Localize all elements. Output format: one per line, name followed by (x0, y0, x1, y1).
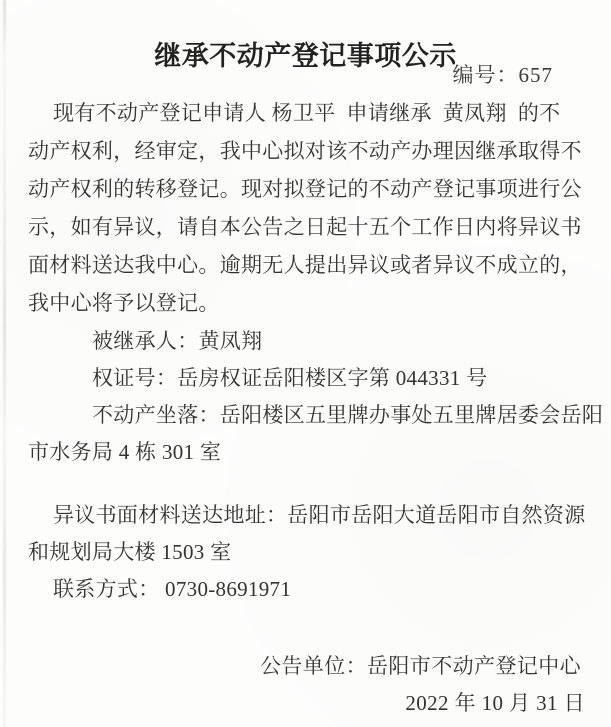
document-footer: 公告单位：岳阳市不动产登记中心 2022 年 10 月 31 日 (260, 648, 581, 722)
paragraph-line: 动产权利，经审定，我中心拟对该不动产办理因继承取得不 (28, 132, 589, 170)
paragraph-line: 我中心将予以登记。 (28, 284, 589, 322)
paragraph-line: 示，如有异议，请自本公告之日起十五个工作日内将异议书 (28, 208, 589, 246)
property-location-line: 市水务局 4 栋 301 室 (28, 434, 589, 471)
issuing-authority: 公告单位：岳阳市不动产登记中心 (260, 648, 581, 685)
document-number: 编号：657 (453, 59, 554, 89)
property-details: 被继承人：黄凤翔 权证号：岳房权证岳阳楼区字第 044331 号 不动产坐落：岳… (28, 323, 589, 471)
scan-crease-artifact (3, 0, 6, 727)
paragraph-line: 现有不动产登记申请人 杨卫平 申请继承 黄凤翔 的不 (28, 94, 589, 132)
scanned-notice-document: 继承不动产登记事项公示 编号：657 现有不动产登记申请人 杨卫平 申请继承 黄… (0, 0, 611, 727)
decedent-line: 被继承人：黄凤翔 (28, 323, 589, 360)
objection-info: 异议书面材料送达地址：岳阳市岳阳大道岳阳市自然资源 和规划局大楼 1503 室 … (28, 497, 589, 608)
issue-date: 2022 年 10 月 31 日 (260, 685, 585, 722)
main-paragraph: 现有不动产登记申请人 杨卫平 申请继承 黄凤翔 的不 动产权利，经审定，我中心拟… (28, 94, 589, 322)
objection-address-line: 异议书面材料送达地址：岳阳市岳阳大道岳阳市自然资源 (28, 497, 589, 534)
paragraph-line: 面材料送达我中心。逾期无人提出异议或者异议不成立的， (28, 246, 589, 284)
contact-phone-line: 联系方式： 0730-8691971 (28, 571, 589, 608)
property-location-line: 不动产坐落：岳阳楼区五里牌办事处五里牌居委会岳阳 (28, 397, 589, 434)
certificate-number-line: 权证号：岳房权证岳阳楼区字第 044331 号 (28, 360, 589, 397)
paragraph-line: 动产权利的转移登记。现对拟登记的不动产登记事项进行公 (28, 170, 589, 208)
objection-address-line: 和规划局大楼 1503 室 (28, 534, 589, 571)
